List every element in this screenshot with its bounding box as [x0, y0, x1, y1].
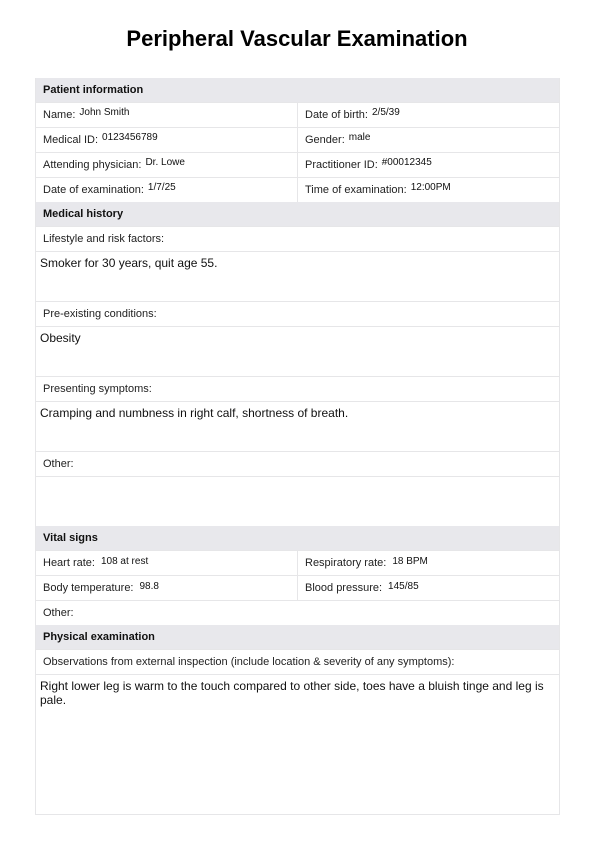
patient-row: Medical ID: 0123456789 Gender: male: [36, 127, 559, 152]
heart-rate-field[interactable]: Heart rate: 108 at rest: [36, 551, 297, 575]
field-value: Dr. Lowe: [145, 157, 184, 168]
medical-id-field[interactable]: Medical ID: 0123456789: [36, 128, 297, 152]
field-value: 0123456789: [102, 132, 158, 143]
body-temperature-field[interactable]: Body temperature: 98.8: [36, 576, 297, 600]
section-patient-information: Patient information: [36, 78, 559, 102]
history-other-field[interactable]: [36, 476, 559, 526]
section-vital-signs: Vital signs: [36, 526, 559, 550]
field-value: 12:00PM: [411, 182, 451, 193]
page-title: Peripheral Vascular Examination: [0, 26, 594, 52]
patient-row: Date of examination: 1/7/25 Time of exam…: [36, 177, 559, 202]
field-value: male: [349, 132, 371, 143]
time-of-examination-field[interactable]: Time of examination: 12:00PM: [297, 178, 559, 202]
blood-pressure-field[interactable]: Blood pressure: 145/85: [297, 576, 559, 600]
observations-label: Observations from external inspection (i…: [36, 649, 559, 674]
field-value: #00012345: [382, 157, 432, 168]
presenting-symptoms-label: Presenting symptoms:: [36, 376, 559, 401]
lifestyle-label: Lifestyle and risk factors:: [36, 226, 559, 251]
date-of-examination-field[interactable]: Date of examination: 1/7/25: [36, 178, 297, 202]
field-value: 145/85: [388, 581, 419, 592]
patient-row: Attending physician: Dr. Lowe Practition…: [36, 152, 559, 177]
attending-physician-field[interactable]: Attending physician: Dr. Lowe: [36, 153, 297, 177]
field-value: 108 at rest: [101, 556, 148, 567]
field-label: Heart rate:: [43, 557, 95, 569]
field-label: Date of birth:: [305, 109, 368, 121]
section-medical-history: Medical history: [36, 202, 559, 226]
pre-existing-conditions-field[interactable]: Obesity: [36, 326, 559, 376]
observations-field[interactable]: Right lower leg is warm to the touch com…: [36, 674, 559, 814]
vital-row: Body temperature: 98.8 Blood pressure: 1…: [36, 575, 559, 600]
name-field[interactable]: Name: John Smith: [36, 103, 297, 127]
field-value: 2/5/39: [372, 107, 400, 118]
field-label: Medical ID:: [43, 134, 98, 146]
field-label: Time of examination:: [305, 184, 407, 196]
vital-row: Heart rate: 108 at rest Respiratory rate…: [36, 550, 559, 575]
section-physical-examination: Physical examination: [36, 625, 559, 649]
field-value: 98.8: [140, 581, 159, 592]
lifestyle-field[interactable]: Smoker for 30 years, quit age 55.: [36, 251, 559, 301]
field-label: Attending physician:: [43, 159, 141, 171]
field-label: Body temperature:: [43, 582, 134, 594]
field-label: Gender:: [305, 134, 345, 146]
field-label: Date of examination:: [43, 184, 144, 196]
field-value: 18 BPM: [392, 556, 428, 567]
examination-form: Patient information Name: John Smith Dat…: [35, 78, 560, 815]
respiratory-rate-field[interactable]: Respiratory rate: 18 BPM: [297, 551, 559, 575]
field-label: Name:: [43, 109, 75, 121]
history-other-label: Other:: [36, 451, 559, 476]
date-of-birth-field[interactable]: Date of birth: 2/5/39: [297, 103, 559, 127]
field-label: Respiratory rate:: [305, 557, 386, 569]
practitioner-id-field[interactable]: Practitioner ID: #00012345: [297, 153, 559, 177]
field-label: Practitioner ID:: [305, 159, 378, 171]
patient-row: Name: John Smith Date of birth: 2/5/39: [36, 102, 559, 127]
presenting-symptoms-field[interactable]: Cramping and numbness in right calf, sho…: [36, 401, 559, 451]
field-value: 1/7/25: [148, 182, 176, 193]
vital-other-field[interactable]: Other:: [36, 600, 559, 625]
pre-existing-conditions-label: Pre-existing conditions:: [36, 301, 559, 326]
gender-field[interactable]: Gender: male: [297, 128, 559, 152]
field-label: Blood pressure:: [305, 582, 382, 594]
field-value: John Smith: [79, 107, 129, 118]
